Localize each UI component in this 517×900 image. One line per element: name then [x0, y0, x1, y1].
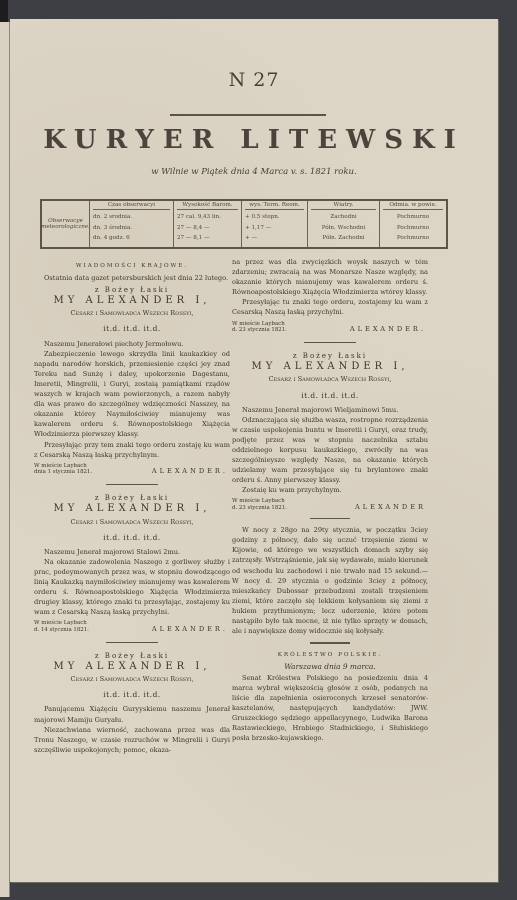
weather-cell: + —	[245, 233, 304, 244]
weather-col-time: Czas obserwacyi dn. 2 srodnia. dn. 3 śro…	[90, 201, 174, 247]
right-column: na przez was dla zwycięzkich woysk naszy…	[232, 257, 428, 744]
newspaper-page: N 27 KURYER LITEWSKI w Wilnie w Piątek d…	[10, 19, 498, 882]
decree-paragraph: Zabezpieczenie lewego skrzydła linii kau…	[34, 349, 230, 440]
place-line: W mieście Laybach	[34, 463, 92, 470]
continued-paragraph: Przesyłając tu znaki tego orderu, zostaj…	[232, 297, 428, 317]
weather-header: Odmia. w powie.	[383, 202, 443, 210]
signature-block: W mieście Laybach d. 14 stycznia 1821. A…	[34, 620, 230, 633]
section-divider	[304, 342, 356, 344]
weather-header: Wysokość Barom.	[177, 202, 238, 210]
decree-etc: it.d. it.d. it.d.	[34, 690, 230, 700]
date-line: d. 23 stycznia 1821.	[232, 327, 287, 334]
date-line: dnia 1 stycznia 1821.	[34, 469, 92, 476]
section-title: KRÓLESTWO POLSKIE.	[232, 650, 428, 660]
weather-col-sky: Odmia. w powie. Pochmurno Pochmurno Poch…	[380, 201, 448, 247]
weather-row-label: Obserwacye meteorologiczne.	[40, 201, 90, 247]
decree: z Bożey Łaski MY ALEXANDER I, Cesarz i S…	[232, 351, 428, 511]
weather-cell: dn. 3 środnia.	[93, 223, 170, 234]
decree-grace: z Bożey Łaski	[34, 651, 230, 661]
section-divider	[106, 642, 158, 644]
place-line: W mieście Laybach	[34, 620, 89, 627]
decree-paragraph: Przesyłając przy tem znaki tego orderu z…	[34, 440, 230, 460]
section-divider	[310, 642, 350, 644]
decree-styled-title: Cesarz i Samowładca Wszech Rossyi,	[34, 308, 230, 318]
signature: ALEXANDER.	[152, 466, 228, 476]
issue-number: N 27	[10, 69, 498, 91]
weather-table: Obserwacye meteorologiczne. Czas obserwa…	[40, 199, 448, 249]
continued-paragraph: na przez was dla zwycięzkich woysk naszy…	[232, 257, 428, 297]
decree-etc: it.d. it.d. it.d.	[34, 324, 230, 334]
weather-header: Czas obserwacyi	[93, 202, 170, 210]
weather-cell: 27 — 8,4 —	[177, 223, 238, 234]
decree-styled-title: Cesarz i Samowładca Wszech Rossyi,	[232, 374, 428, 384]
decree-paragraph: Odznaczająca się służba wasza, rostropne…	[232, 415, 428, 486]
intro-paragraph: Ostatnia data gazet petersburskich jest …	[34, 273, 230, 283]
left-column: WIADOMOŚCI KRAJOWE. Ostatnia data gazet …	[34, 257, 230, 755]
decree: z Bożey Łaski MY ALEXANDER I, Cesarz i S…	[34, 651, 230, 755]
place-line: W mieście Laybach	[232, 321, 287, 328]
weather-header: Wiatry.	[311, 202, 376, 210]
place-date: W mieście Laybach d. 23 stycznia 1821.	[232, 498, 287, 511]
decree: z Bożey Łaski MY ALEXANDER I, Cesarz i S…	[34, 493, 230, 633]
decree-sovereign: MY ALEXANDER I,	[34, 504, 230, 514]
weather-cell: Pochmurno	[383, 233, 443, 244]
dateline: w Wilnie w Piątek dnia 4 Marca v. s. 182…	[10, 167, 498, 177]
weather-col-barometer: Wysokość Barom. 27 cal. 9,43 lin. 27 — 8…	[174, 201, 242, 247]
weather-cell: 27 — 8,1 —	[177, 233, 238, 244]
section-divider	[106, 484, 158, 486]
signature-block: W mieście Laybach dnia 1 stycznia 1821. …	[34, 463, 230, 476]
decree-sovereign: MY ALEXANDER I,	[232, 362, 428, 372]
weather-cell: 27 cal. 9,43 lin.	[177, 212, 238, 223]
decree: z Bożey Łaski MY ALEXANDER I, Cesarz i S…	[34, 285, 230, 476]
newspaper-title: KURYER LITEWSKI	[10, 125, 498, 155]
decree-paragraph: Naszemu Jenerał majorowi Stalowi 2mu.	[34, 547, 230, 557]
weather-cell: Zachodni	[311, 212, 376, 223]
decree-paragraph: Naszemu Jenerał majorowi Wieljaminowi 5m…	[232, 405, 428, 415]
weather-cell: + 1,17 —	[245, 223, 304, 234]
decree-paragraph: Niezachwiana wierność, zachowana przez w…	[34, 725, 230, 755]
place-line: W mieście Laybach	[232, 498, 287, 505]
decree-sovereign: MY ALEXANDER I,	[34, 662, 230, 672]
title-rule	[170, 114, 326, 116]
date-line: d. 23 stycznia 1821.	[232, 505, 287, 512]
place-date: W mieście Laybach d. 23 stycznia 1821.	[232, 321, 287, 334]
weather-header: wys. Term. Reom.	[245, 202, 304, 210]
decree-etc: it.d. it.d. it.d.	[34, 533, 230, 543]
signature-block: W mieście Laybach d. 23 stycznia 1821. A…	[232, 498, 428, 511]
decree-styled-title: Cesarz i Samowładca Wszech Rossyi,	[34, 517, 230, 527]
signature: ALEXANDER	[355, 502, 426, 512]
weather-cell: dn. 4 godz. 6	[93, 233, 170, 244]
weather-cell: dn. 2 srodnia.	[93, 212, 170, 223]
weather-col-winds: Wiatry. Zachodni Półn. Wschodni Półn. Za…	[308, 201, 380, 247]
weather-cell: Pochmurno	[383, 223, 443, 234]
place-date: W mieście Laybach dnia 1 stycznia 1821.	[34, 463, 92, 476]
previous-page-edge	[0, 22, 10, 897]
weather-cell: Pochmurno	[383, 212, 443, 223]
section-divider	[310, 518, 350, 520]
weather-cell: + 0.5 stopn.	[245, 212, 304, 223]
weather-cell: Półn. Wschodni	[311, 223, 376, 234]
weather-cell: Półn. Zachodni	[311, 233, 376, 244]
decree-grace: z Bożey Łaski	[232, 351, 428, 361]
decree-etc: it.d. it.d. it.d.	[232, 391, 428, 401]
decree-paragraph: Panującemu Xiążęciu Guryyskiemu naszemu …	[34, 704, 230, 724]
decree-sovereign: MY ALEXANDER I,	[34, 296, 230, 306]
decree-grace: z Bożey Łaski	[34, 285, 230, 295]
decree-styled-title: Cesarz i Samowładca Wszech Rossyi,	[34, 674, 230, 684]
section-title: WIADOMOŚCI KRAJOWE.	[34, 261, 230, 271]
signature-block: W mieście Laybach d. 23 stycznia 1821. A…	[232, 321, 428, 334]
place-date: W mieście Laybach d. 14 stycznia 1821.	[34, 620, 89, 633]
decree-paragraph: Na okazanie zadowolenia Naszego z gorliw…	[34, 557, 230, 618]
signature: ALEXANDER.	[350, 324, 426, 334]
decree-grace: z Bożey Łaski	[34, 493, 230, 503]
signature: ALEXANDER.	[152, 624, 228, 634]
date-line: d. 14 stycznia 1821.	[34, 627, 89, 634]
senate-report: Senat Królestwa Polskiego na posiedzeniu…	[232, 673, 428, 744]
decree-paragraph: Zostaię ku wam przychylnym.	[232, 485, 428, 495]
decree-paragraph: Naszemu Jenerałowi piechoty Jermołowu.	[34, 339, 230, 349]
weather-col-thermometer: wys. Term. Reom. + 0.5 stopn. + 1,17 — +…	[242, 201, 308, 247]
earthquake-report: W nocy z 28go na 29ty stycznia, w począt…	[232, 525, 428, 636]
section-dateline: Warszawa dnia 9 marca.	[232, 662, 428, 672]
